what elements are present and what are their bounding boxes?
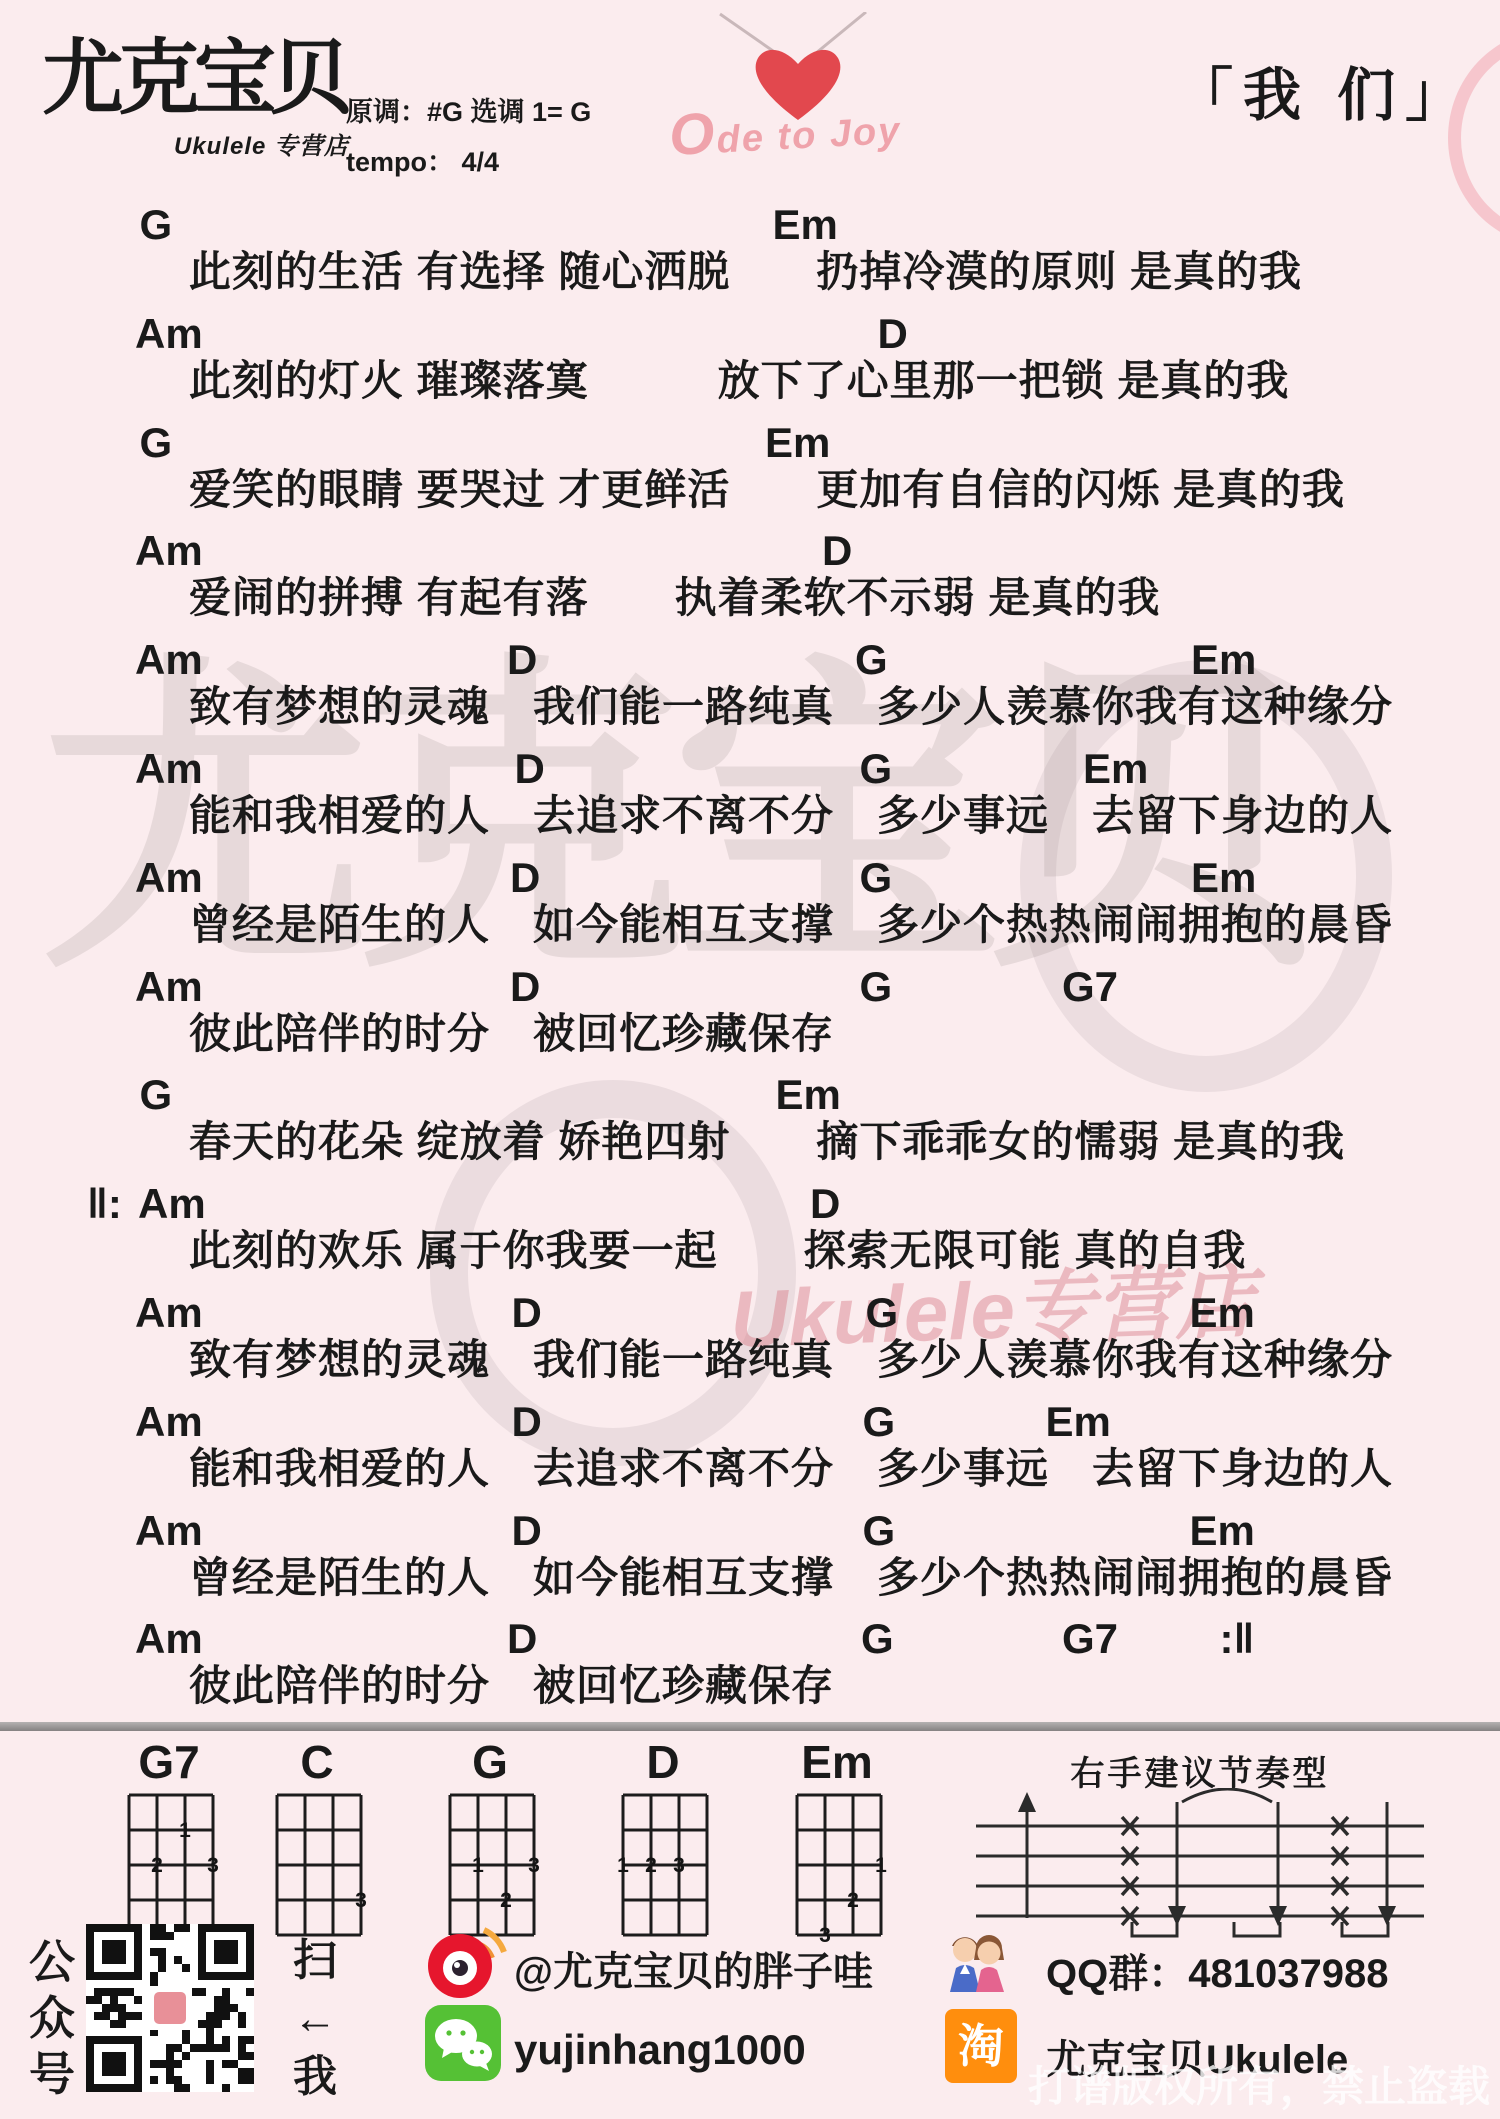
- wechat-icon: [424, 2004, 502, 2082]
- svg-text:3: 3: [528, 1854, 540, 1877]
- lyric-line-4: 爱闹的拼搏 有起有落 执着柔软不示弱 是真的我: [189, 576, 1160, 620]
- chord-symbol-Am: Am: [135, 638, 203, 682]
- lyric-line-2: 此刻的灯火 璀璨落寞 放下了心里那一把锁 是真的我: [189, 359, 1289, 403]
- chord-symbol-Am: Am: [135, 529, 203, 573]
- chord-symbol-repeatrepeat: :‖: [1220, 1617, 1255, 1661]
- lyric-line-12: 能和我相爱的人 去追求不离不分 多少事远 去留下身边的人: [189, 1447, 1393, 1491]
- chord-symbol-G: G: [863, 1400, 896, 1444]
- chord-symbol-Em: Em: [765, 421, 830, 465]
- chord-row-6: AmDGEm: [0, 747, 1500, 793]
- chord-row-10: ‖:AmD: [0, 1182, 1500, 1228]
- lyric-line-5: 致有梦想的灵魂 我们能一路纯真 多少人羡慕你我有这种缘分: [189, 685, 1393, 729]
- section-divider: [0, 1722, 1500, 1731]
- chord-diagram-label-G7: G7: [99, 1736, 239, 1792]
- chord-row-14: AmDGG7:‖: [0, 1617, 1500, 1663]
- chord-diagram-label-C: C: [247, 1736, 387, 1792]
- chord-symbol-G: G: [863, 1509, 896, 1553]
- chord-symbol-G: G: [140, 1073, 173, 1117]
- qq-group-couple-icon: [938, 1926, 1016, 2002]
- taobao-icon: 淘: [944, 2008, 1018, 2084]
- chord-diagram-Em: Em123: [767, 1736, 907, 1944]
- chord-symbol-G7: G7: [1062, 965, 1118, 1009]
- weibo-handle: @尤克宝贝的胖子哇: [514, 1940, 873, 1997]
- chord-row-9: GEm: [0, 1073, 1500, 1119]
- lyric-line-10: 此刻的欢乐 属于你我要一起 探索无限可能 真的自我: [189, 1229, 1246, 1273]
- chord-grid-C: 3: [261, 1792, 373, 1944]
- chord-row-4: AmD: [0, 529, 1500, 575]
- chord-symbol-G: G: [855, 638, 888, 682]
- svg-text:淘: 淘: [958, 2020, 1004, 2072]
- lyric-line-11: 致有梦想的灵魂 我们能一路纯真 多少人羡慕你我有这种缘分: [189, 1338, 1393, 1382]
- svg-text:1: 1: [617, 1854, 629, 1877]
- lyric-line-3: 爱笑的眼睛 要哭过 才更鲜活 更加有自信的闪烁 是真的我: [189, 468, 1345, 512]
- chord-symbol-G: G: [860, 747, 893, 791]
- chord-diagram-G7: G7123: [99, 1736, 239, 1944]
- lyric-line-8: 彼此陪伴的时分 被回忆珍藏保存: [189, 1012, 834, 1056]
- chord-grid-Em: 123: [781, 1792, 893, 1944]
- chord-diagram-label-Em: Em: [767, 1736, 907, 1792]
- strum-pattern-diagram: [972, 1788, 1428, 1944]
- chord-diagram-C: C3: [247, 1736, 387, 1944]
- svg-text:2: 2: [500, 1889, 512, 1912]
- qq-group-number: QQ群：481037988: [1046, 1942, 1388, 1999]
- chord-diagram-D: D123: [593, 1736, 733, 1944]
- chord-symbol-D: D: [507, 1617, 537, 1661]
- lyric-line-6: 能和我相爱的人 去追求不离不分 多少事远 去留下身边的人: [189, 794, 1393, 838]
- svg-text:3: 3: [355, 1889, 367, 1912]
- qr-code: [86, 1924, 254, 2092]
- official-account-char: 公: [26, 1934, 78, 1990]
- chord-symbol-Am: Am: [135, 1400, 203, 1444]
- chord-symbol-D: D: [810, 1182, 840, 1226]
- chord-symbol-G: G: [860, 965, 893, 1009]
- svg-text:1: 1: [472, 1854, 484, 1877]
- weibo-icon: [426, 1922, 508, 2002]
- chord-symbol-Em: Em: [1190, 1509, 1255, 1553]
- chord-symbol-Em: Em: [1190, 1291, 1255, 1335]
- svg-text:2: 2: [151, 1854, 163, 1877]
- chord-symbol-D: D: [511, 1509, 541, 1553]
- chord-symbol-Am: Am: [135, 965, 203, 1009]
- chord-symbol-Am: Am: [138, 1182, 206, 1226]
- chord-symbol-Am: Am: [135, 747, 203, 791]
- svg-text:1: 1: [875, 1854, 887, 1877]
- chord-symbol-G: G: [140, 203, 173, 247]
- chord-row-8: AmDGG7: [0, 965, 1500, 1011]
- chord-grid-D: 123: [607, 1792, 719, 1944]
- svg-text:1: 1: [179, 1819, 191, 1842]
- svg-text:2: 2: [645, 1854, 657, 1877]
- chord-symbol-D: D: [510, 965, 540, 1009]
- chord-diagram-G: G123: [420, 1736, 560, 1944]
- chord-diagram-label-D: D: [593, 1736, 733, 1792]
- chord-symbol-Am: Am: [135, 1617, 203, 1661]
- scan-me-char: 扫: [290, 1932, 340, 1990]
- chord-row-1: GEm: [0, 203, 1500, 249]
- official-account-char: 众: [26, 1990, 78, 2046]
- chord-symbol-Em: Em: [1083, 747, 1148, 791]
- chord-diagram-label-G: G: [420, 1736, 560, 1792]
- chord-symbol-Am: Am: [135, 1509, 203, 1553]
- chord-grid-G7: 123: [113, 1792, 225, 1944]
- chord-symbol-Em: Em: [773, 203, 838, 247]
- chord-symbol-G: G: [861, 1617, 894, 1661]
- chord-symbol-D: D: [878, 312, 908, 356]
- chord-row-7: AmDGEm: [0, 856, 1500, 902]
- scan-me-char: ←: [290, 1990, 340, 2048]
- lyric-line-1: 此刻的生活 有选择 随心洒脱 扔掉冷漠的原则 是真的我: [189, 250, 1302, 294]
- chord-symbol-G: G: [866, 1291, 899, 1335]
- scan-me-label: 扫←我: [290, 1932, 340, 2106]
- svg-text:3: 3: [673, 1854, 685, 1877]
- chord-symbol-D: D: [511, 1291, 541, 1335]
- lyric-line-13: 曾经是陌生的人 如今能相互支撑 多少个热热闹闹拥抱的晨昏: [189, 1556, 1393, 1600]
- chord-symbol-Em: Em: [1191, 856, 1256, 900]
- chord-row-12: AmDGEm: [0, 1400, 1500, 1446]
- chord-symbol-G: G: [860, 856, 893, 900]
- chord-row-3: GEm: [0, 421, 1500, 467]
- chord-sheet-page: 尤克宝贝 Ukulele专营店 尤克宝贝 Ukulele 专营店 原调：#G 选…: [0, 0, 1500, 2119]
- chord-symbol-Am: Am: [135, 856, 203, 900]
- wechat-id: yujinhang1000: [514, 2026, 806, 2074]
- chord-row-11: AmDGEm: [0, 1291, 1500, 1337]
- chord-symbol-Em: Em: [776, 1073, 841, 1117]
- chord-symbol-D: D: [515, 747, 545, 791]
- lyric-line-7: 曾经是陌生的人 如今能相互支撑 多少个热热闹闹拥抱的晨昏: [189, 903, 1393, 947]
- chord-symbol-D: D: [510, 856, 540, 900]
- chord-symbol-Am: Am: [135, 1291, 203, 1335]
- svg-text:3: 3: [207, 1854, 219, 1877]
- chord-symbol-D: D: [507, 638, 537, 682]
- chord-row-13: AmDGEm: [0, 1509, 1500, 1555]
- copyright-watermark: 打谱版权所有，禁止盗载: [1028, 2054, 1490, 2114]
- scan-me-char: 我: [290, 2048, 340, 2106]
- chord-symbol-Am: Am: [135, 312, 203, 356]
- official-account-char: 号: [26, 2046, 78, 2102]
- svg-text:2: 2: [847, 1889, 859, 1912]
- official-account-vertical-label: 公众号: [26, 1934, 78, 2102]
- chord-row-5: AmDGEm: [0, 638, 1500, 684]
- chord-symbol-repeatrepeat: ‖:: [87, 1182, 122, 1226]
- chord-symbol-D: D: [511, 1400, 541, 1444]
- chord-symbol-Em: Em: [1045, 1400, 1110, 1444]
- chord-symbol-Em: Em: [1191, 638, 1256, 682]
- chord-row-2: AmD: [0, 312, 1500, 358]
- chord-symbol-G7: G7: [1062, 1617, 1118, 1661]
- chord-symbol-G: G: [140, 421, 173, 465]
- lyric-line-9: 春天的花朵 绽放着 娇艳四射 摘下乖乖女的懦弱 是真的我: [189, 1120, 1345, 1164]
- chord-symbol-D: D: [822, 529, 852, 573]
- lyric-line-14: 彼此陪伴的时分 被回忆珍藏保存: [189, 1664, 834, 1708]
